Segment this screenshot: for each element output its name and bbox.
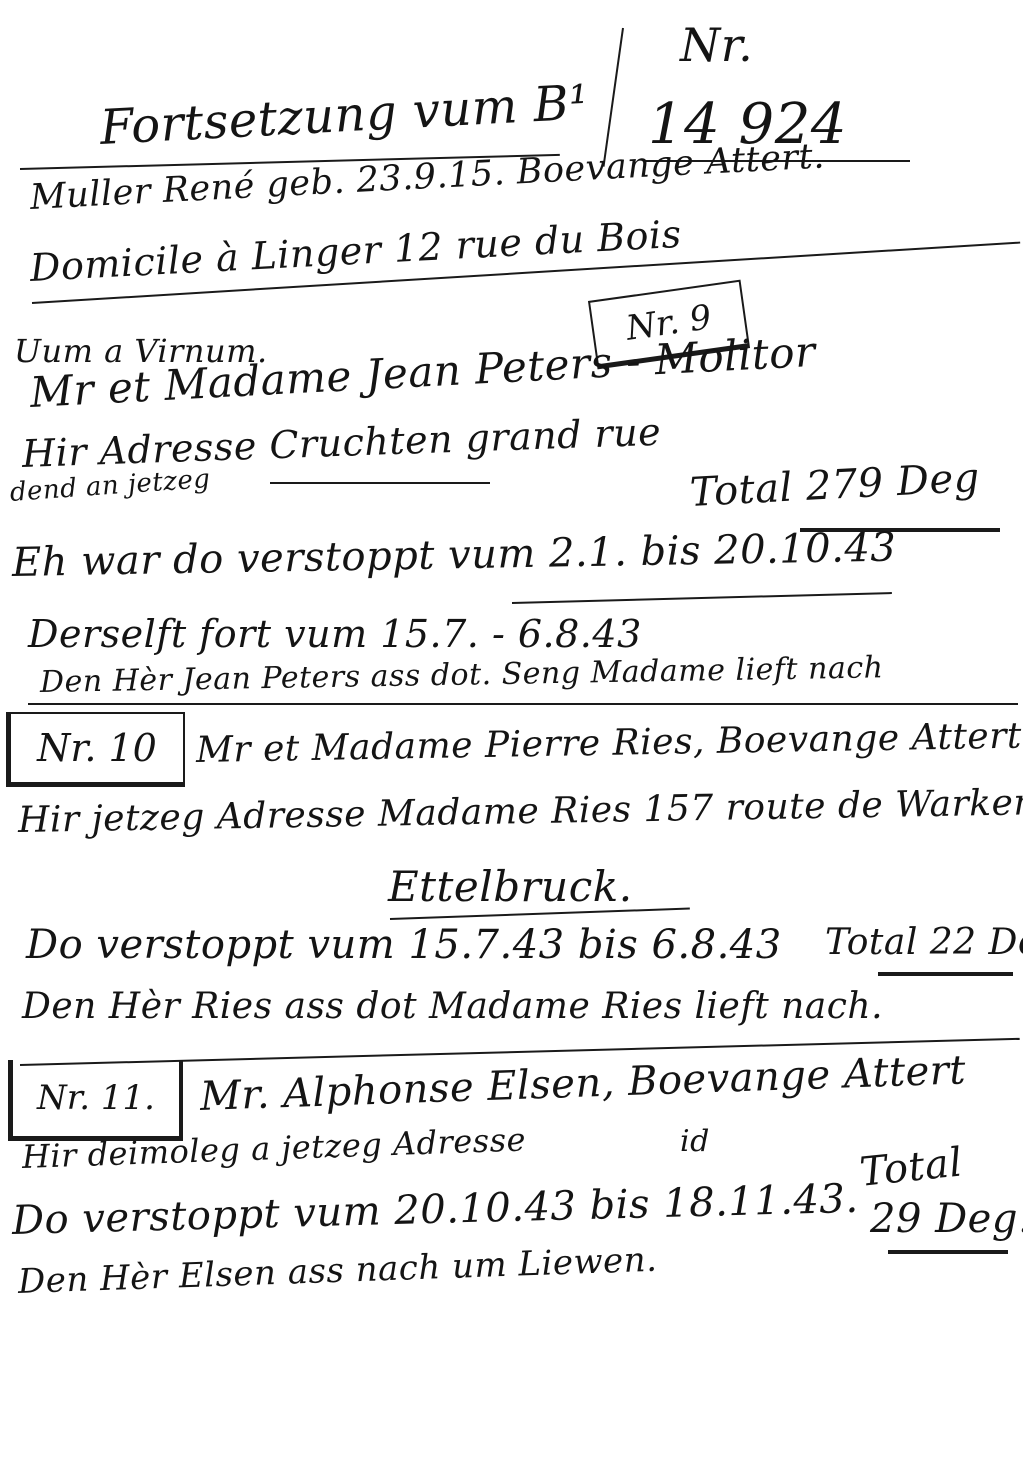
nr9-period-underline (512, 592, 892, 604)
nr10-line-2: Hir jetzeg Adresse Madame Ries 157 route… (18, 782, 1023, 841)
nr11-line-3: id (680, 1124, 710, 1159)
nr10-line-1: Mr et Madame Pierre Ries, Boevange Atter… (196, 715, 1023, 771)
nr11-period-1: Do verstoppt vum 20.10.43 bis 18.11.43. (11, 1176, 859, 1244)
number-label: Nr. (680, 18, 753, 72)
nr9-line-2: Hir Adresse Cruchten grand rue (21, 410, 662, 476)
entry-number-box-10: Nr. 10 (6, 712, 185, 787)
header-divider (603, 28, 624, 167)
nr9-period-1: Eh war do verstoppt vum 2.1. bis 20.10.4… (12, 525, 897, 586)
nr9-period-2: Derselft fort vum 15.7. - 6.8.43 (28, 612, 642, 656)
nr11-status: Den Hèr Elsen ass nach um Liewen. (17, 1240, 658, 1302)
nr10-total-underline (878, 972, 1013, 976)
entry-number-11: Nr. 11. (37, 1078, 155, 1118)
section-divider-2 (28, 703, 1018, 705)
nr10-total: Total 22 Deg (825, 922, 1023, 963)
entry-number-box-11: Nr. 11. (8, 1060, 183, 1141)
entry-number-10: Nr. 10 (37, 726, 157, 770)
nr11-total-underline (888, 1250, 1008, 1254)
document-title: Fortsetzung vum B¹ (99, 74, 591, 156)
cruchten-underline (270, 482, 490, 484)
nr11-total-value: 29 Deg. (870, 1196, 1023, 1242)
nr11-total-label: Total (858, 1139, 965, 1196)
nr10-period-1: Do verstoppt vum 15.7.43 bis 6.8.43 (26, 922, 782, 968)
nr9-status: Den Hèr Jean Peters ass dot. Seng Madame… (40, 650, 884, 700)
nr9-total: Total 279 Deg (689, 455, 981, 516)
intro-line-2: Domicile à Linger 12 rue du Bois (29, 212, 683, 290)
nr10-status: Den Hèr Ries ass dot Madame Ries lieft n… (22, 986, 883, 1027)
nr10-line-3: Ettelbruck. (388, 862, 633, 911)
